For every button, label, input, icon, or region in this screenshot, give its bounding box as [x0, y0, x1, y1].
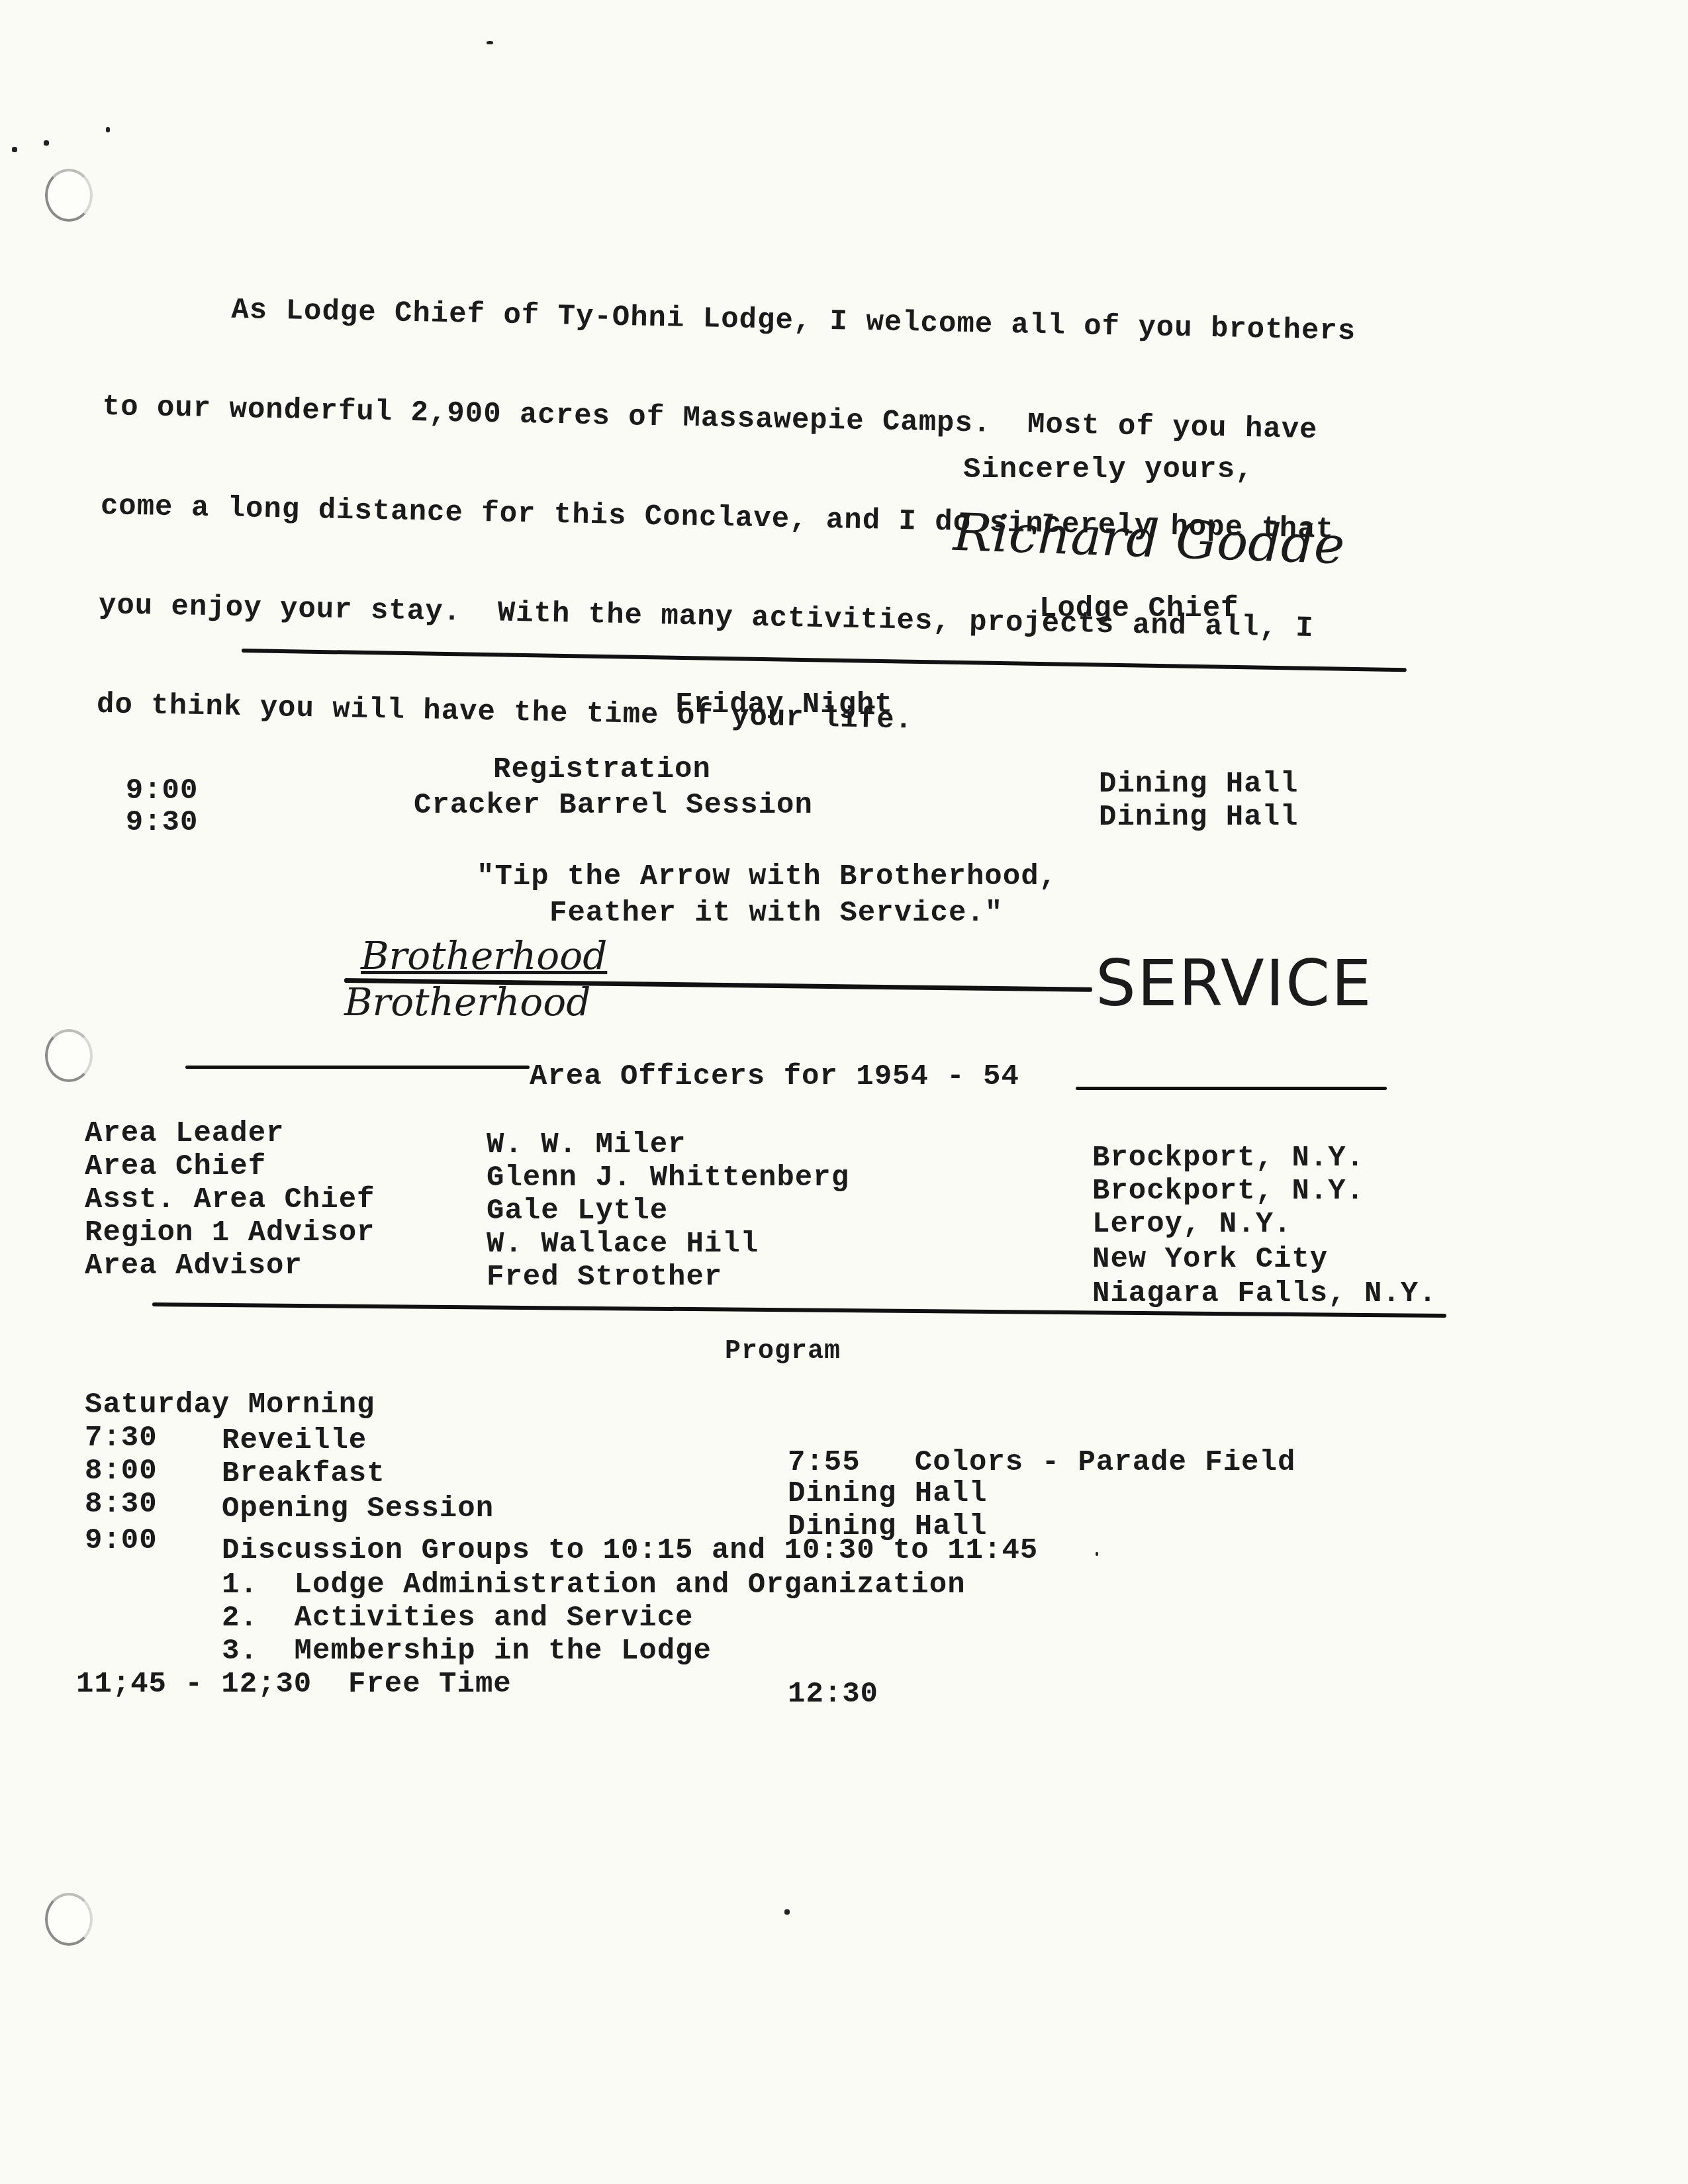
discussion-group: 1. Lodge Administration and Organization	[222, 1569, 966, 1602]
officer-name: Fred Strother	[487, 1261, 722, 1294]
friday-location: Dining Hall	[1099, 801, 1298, 834]
officer-city: New York City	[1092, 1243, 1328, 1276]
speck	[487, 41, 493, 44]
speck	[106, 127, 110, 132]
handwritten-brotherhood-top: Brotherhood	[361, 933, 607, 978]
officer-title: Region 1 Advisor	[85, 1216, 375, 1250]
program-event: Breakfast	[222, 1457, 385, 1490]
speck	[1096, 1552, 1098, 1556]
friday-heading: Friday Night	[675, 688, 893, 721]
signer-title: Lodge Chief	[1039, 592, 1239, 625]
closing: Sincerely yours,	[963, 453, 1253, 486]
punch-hole-top	[45, 169, 93, 222]
officer-name: Glenn J. Whittenberg	[487, 1161, 849, 1195]
program-event: Opening Session	[222, 1492, 494, 1525]
paragraph-line: As Lodge Chief of Ty-Ohni Lodge, I welco…	[104, 291, 1468, 351]
officer-title: Asst. Area Chief	[85, 1183, 375, 1216]
friday-row: 9:30	[89, 773, 198, 839]
friday-location: Dining Hall	[1099, 768, 1298, 801]
officer-city: Leroy, N.Y.	[1092, 1208, 1291, 1241]
officer-name: W. Wallace Hill	[487, 1228, 759, 1261]
program-day: Saturday Morning	[85, 1388, 375, 1422]
free-time-end: 12:30	[788, 1678, 878, 1711]
program-right: 7:55 Colors - Parade Field	[788, 1446, 1295, 1479]
speck	[784, 1909, 790, 1915]
officers-rule-left	[185, 1066, 530, 1069]
discussion-group: 3. Membership in the Lodge	[222, 1635, 712, 1668]
program-time: 8:00	[85, 1455, 158, 1488]
officers-heading: Area Officers for 1954 - 54	[530, 1060, 1019, 1093]
paragraph-line: you enjoy your stay. With the many activ…	[98, 589, 1462, 649]
punch-hole-middle	[45, 1029, 93, 1082]
speck	[12, 147, 17, 152]
officer-title: Area Leader	[85, 1117, 284, 1150]
officer-city: Brockport, N.Y.	[1092, 1175, 1364, 1208]
officer-title: Area Advisor	[85, 1250, 303, 1283]
officer-name: W. W. Miler	[487, 1128, 686, 1161]
program-event: Reveille	[222, 1424, 367, 1457]
officer-city: Niagara Falls, N.Y.	[1092, 1277, 1437, 1310]
motto-line-1: "Tip the Arrow with Brotherhood,	[477, 860, 1057, 893]
officers-rule-right	[1076, 1087, 1387, 1090]
free-time: 11;45 - 12;30 Free Time	[76, 1668, 512, 1701]
friday-event: Cracker Barrel Session	[414, 789, 813, 822]
program-time: 9:00	[85, 1524, 158, 1557]
program-time: 7:30	[85, 1422, 158, 1455]
discussion-group: 2. Activities and Service	[222, 1602, 694, 1635]
motto-line-2: Feather it with Service."	[549, 897, 1003, 930]
paragraph-line: to our wonderful 2,900 acres of Massawep…	[102, 390, 1466, 450]
officer-city: Brockport, N.Y.	[1092, 1142, 1364, 1175]
handwritten-service: SERVICE	[1096, 946, 1373, 1021]
punch-hole-bottom	[45, 1893, 93, 1946]
program-event: Discussion Groups to 10:15 and 10:30 to …	[222, 1534, 1038, 1567]
time: 9:30	[126, 806, 199, 839]
program-time: 8:30	[85, 1488, 158, 1521]
program-heading: Program	[725, 1336, 841, 1369]
program-right: Dining Hall	[788, 1477, 987, 1510]
handwritten-brotherhood-bottom: Brotherhood	[344, 979, 590, 1024]
speck	[44, 140, 49, 146]
officer-name: Gale Lytle	[487, 1195, 668, 1228]
friday-event: Registration	[493, 753, 711, 786]
officer-title: Area Chief	[85, 1150, 266, 1183]
